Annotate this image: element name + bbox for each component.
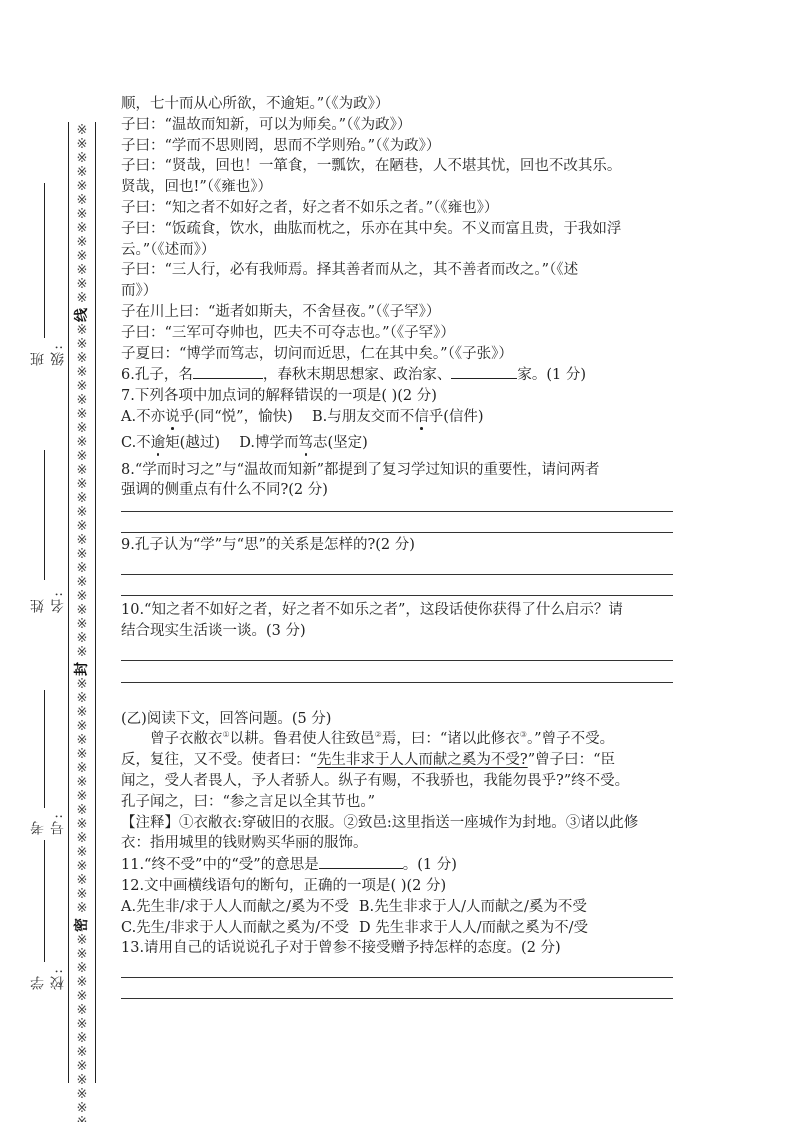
- seal-mark-icon: ※: [77, 934, 88, 948]
- passage-text: ”曾子曰：“臣: [528, 752, 615, 768]
- q12-option-b[interactable]: B.先生非求于人/人而献之/奚为不受: [359, 899, 587, 915]
- question-8-line-1: 8.“学而时习之”与“温故而知新”都提到了复习学过知识的重要性，请问两者: [121, 460, 681, 481]
- seal-mark-icon: ※: [77, 352, 88, 366]
- question-6: 6.孔子，名，春秋末期思想家、政治家、家。(1 分): [121, 364, 681, 386]
- q6-text-3: 家。(1 分): [517, 367, 586, 383]
- seal-mark-icon: ※: [77, 422, 88, 436]
- class-label: 班级:: [28, 343, 50, 366]
- seal-mark-icon: ※: [77, 520, 88, 534]
- seal-mark-icon: ※: [77, 222, 88, 236]
- q11-text: 11.“终不受”中的“受”的意思是: [121, 857, 319, 873]
- question-12-options-cd: C.先生/非求于人人而献之奚为/不受D 先生非求于人人/而献之奚为不/受: [121, 918, 681, 939]
- q6-text-2: ，春秋末期思想家、政治家、: [263, 367, 452, 383]
- seal-char-secret: 密: [73, 918, 91, 932]
- passage-line-4: 孔子闻之，曰：“参之言足以全其节也。”: [121, 792, 681, 813]
- passage-text: 。”曾子不受。: [527, 731, 614, 747]
- q11-score: 。(1 分): [403, 857, 457, 873]
- seal-mark-icon: ※: [77, 888, 88, 902]
- seal-mark-icon: ※: [77, 902, 88, 916]
- seal-line-column: ※※※※※※※※※※※※※线※※※※※※※※※※※※※※※※※※※※※※※※封※…: [68, 122, 96, 1083]
- q8-answer-line-2[interactable]: [121, 532, 673, 533]
- exam-number-label: 考号:: [28, 812, 50, 835]
- analects-line: 子曰：“贤哉，回也！一箪食，一瓢饮，在陋巷，人不堪其忧，回也不改其乐。: [121, 156, 681, 177]
- seal-mark-icon: ※: [77, 338, 88, 352]
- analects-line: 子在川上曰：“逝者如斯夫，不舍昼夜。”（《子罕》）: [121, 302, 681, 323]
- seal-mark-icon: ※: [77, 804, 88, 818]
- name-label: 姓名:: [28, 590, 50, 613]
- seal-mark-icon: ※: [77, 166, 88, 180]
- seal-mark-icon: ※: [77, 194, 88, 208]
- exam-number-fill-line[interactable]: [44, 690, 45, 808]
- seal-marks: ※※※※※※※※※※※※※线※※※※※※※※※※※※※※※※※※※※※※※※封※…: [69, 124, 95, 1122]
- seal-mark-icon: ※: [77, 1060, 88, 1074]
- seal-mark-icon: ※: [77, 1074, 88, 1088]
- passage-text: 曾子衣敝衣: [150, 731, 223, 747]
- seal-mark-icon: ※: [77, 618, 88, 632]
- name-fill-line[interactable]: [44, 450, 45, 580]
- seal-mark-icon: ※: [77, 1004, 88, 1018]
- seal-mark-icon: ※: [77, 180, 88, 194]
- q7b-post: 乎(信件): [429, 409, 484, 425]
- seal-mark-icon: ※: [77, 208, 88, 222]
- exam-content: 顺，七十而从心所欲，不逾矩。”（《为政》） 子曰：“温故而知新，可以为师矣。”（…: [121, 94, 681, 999]
- q12-option-a[interactable]: A.先生非/求于人人而献之/奚为不受: [121, 899, 349, 915]
- seal-mark-icon: ※: [77, 264, 88, 278]
- seal-mark-icon: ※: [77, 492, 88, 506]
- question-10-line-2: 结合现实生活谈一谈。(3 分): [121, 621, 681, 642]
- seal-mark-icon: ※: [77, 548, 88, 562]
- seal-mark-icon: ※: [77, 124, 88, 138]
- q12-option-d[interactable]: D 先生非求于人人/而献之奚为不/受: [359, 920, 588, 936]
- q7-option-d[interactable]: D.博学而笃志(坚定): [239, 435, 368, 451]
- seal-mark-icon: ※: [77, 278, 88, 292]
- seal-mark-icon: ※: [77, 632, 88, 646]
- analects-line: 而》）: [121, 281, 681, 302]
- analects-line: 云。”（《述而》）: [121, 240, 681, 261]
- seal-mark-icon: ※: [77, 324, 88, 338]
- question-10-line-1: 10.“知之者不如好之者，好之者不如乐之者”，这段话使你获得了什么启示？请: [121, 600, 681, 621]
- q11-blank[interactable]: [319, 854, 403, 869]
- seal-mark-icon: ※: [77, 464, 88, 478]
- seal-mark-icon: ※: [77, 762, 88, 776]
- seal-mark-icon: ※: [77, 604, 88, 618]
- seal-mark-icon: ※: [77, 366, 88, 380]
- question-8-line-2: 强调的侧重点有什么不同?(2 分): [121, 480, 681, 501]
- q7-option-c[interactable]: C.不逾矩(越过): [121, 435, 220, 451]
- exam-page: 班级: 姓名: 考号: 学校: ※※※※※※※※※※※※※线※※※※※※※※※※…: [0, 0, 793, 1122]
- q7d-post: 志(坚定): [313, 435, 368, 451]
- q9-answer-line-2[interactable]: [121, 595, 673, 596]
- q7d-dotted-word: 笃: [298, 435, 313, 451]
- seal-mark-icon: ※: [77, 948, 88, 962]
- seal-mark-icon: ※: [77, 1018, 88, 1032]
- q7a-dotted-word: 说: [165, 409, 180, 425]
- q7-option-a[interactable]: A.不亦说乎(同“悦”，愉快): [121, 409, 293, 425]
- seal-mark-icon: ※: [77, 250, 88, 264]
- seal-mark-icon: ※: [77, 706, 88, 720]
- q7-option-b[interactable]: B.与朋友交而不信乎(信件): [312, 409, 484, 425]
- seal-mark-icon: ※: [77, 478, 88, 492]
- analects-line: 子曰：“三人行，必有我师焉。择其善者而从之，其不善者而改之。”（《述: [121, 260, 681, 281]
- passage-line-1: 曾子衣敝衣①以耕。鲁君使人往致邑②焉，曰：“诸以此修衣③。”曾子不受。: [121, 729, 681, 750]
- analects-line: 子曰：“温故而知新，可以为师矣。”（《为政》）: [121, 115, 681, 136]
- seal-mark-icon: ※: [77, 1088, 88, 1102]
- question-7-options-ab: A.不亦说乎(同“悦”，愉快) B.与朋友交而不信乎(信件): [121, 407, 681, 428]
- seal-mark-icon: ※: [77, 818, 88, 832]
- q6-blank-name[interactable]: [193, 364, 263, 379]
- q13-answer-line-2[interactable]: [121, 998, 673, 999]
- class-fill-line[interactable]: [44, 183, 45, 338]
- question-9: 9.孔子认为“学”与“思”的关系是怎样的?(2 分): [121, 535, 681, 556]
- note-marker-3: ③: [520, 731, 527, 740]
- seal-mark-icon: ※: [77, 562, 88, 576]
- q7a-pre: A.不亦: [121, 409, 165, 425]
- section-yi-title: (乙)阅读下文，回答问题。(5 分): [121, 709, 681, 730]
- analects-line: 子夏曰：“博学而笃志，切问而近思，仁在其中矣。”（《子张》）: [121, 344, 681, 365]
- analects-line: 子曰：“知之者不如好之者，好之者不如乐之者。”（《雍也》）: [121, 198, 681, 219]
- analects-line: 顺，七十而从心所欲，不逾矩。”（《为政》）: [121, 94, 681, 115]
- q7b-dotted-word: 信: [414, 409, 429, 425]
- analects-line: 子曰：“三军可夺帅也，匹夫不可夺志也。”（《子罕》）: [121, 323, 681, 344]
- q7c-post: 矩(越过): [165, 435, 220, 451]
- q7d-pre: D.博学而: [239, 435, 298, 451]
- seal-mark-icon: ※: [77, 380, 88, 394]
- seal-mark-icon: ※: [77, 138, 88, 152]
- seal-mark-icon: ※: [77, 1046, 88, 1060]
- question-12-options-ab: A.先生非/求于人人而献之/奚为不受B.先生非求于人/人而献之/奚为不受: [121, 897, 681, 918]
- seal-mark-icon: ※: [77, 236, 88, 250]
- seal-mark-icon: ※: [77, 408, 88, 422]
- seal-mark-icon: ※: [77, 720, 88, 734]
- analects-line: 贤哉，回也!”（《雍也》）: [121, 177, 681, 198]
- q7c-dotted-word: 逾: [151, 435, 166, 451]
- seal-mark-icon: ※: [77, 152, 88, 166]
- analects-line: 子曰：“学而不思则罔，思而不学则殆。”（《为政》）: [121, 136, 681, 157]
- seal-mark-icon: ※: [77, 590, 88, 604]
- seal-mark-icon: ※: [77, 846, 88, 860]
- question-7-stem: 7.下列各项中加点词的解释错误的一项是( )(2 分): [121, 386, 681, 407]
- question-7-options-cd: C.不逾矩(越过) D.博学而笃志(坚定): [121, 433, 681, 454]
- seal-mark-icon: ※: [77, 292, 88, 306]
- seal-mark-icon: ※: [77, 776, 88, 790]
- question-11: 11.“终不受”中的“受”的意思是。(1 分): [121, 854, 681, 876]
- seal-mark-icon: ※: [77, 976, 88, 990]
- annotation-line-2: 衣：指用城里的钱财购买华丽的服饰。: [121, 833, 681, 854]
- seal-mark-icon: ※: [77, 394, 88, 408]
- seal-mark-icon: ※: [77, 1032, 88, 1046]
- note-marker-1: ①: [223, 731, 230, 740]
- q6-text-1: 6.孔子，名: [121, 367, 193, 383]
- passage-line-3: 闻之，受人者畏人，予人者骄人。纵子有赐，不我骄也，我能勿畏乎?”终不受。: [121, 771, 681, 792]
- q6-blank-role[interactable]: [451, 364, 517, 379]
- q7a-post: 乎(同“悦”，愉快): [180, 409, 293, 425]
- question-12-stem: 12.文中画横线语句的断句，正确的一项是( )(2 分): [121, 876, 681, 897]
- passage-text: 反，复往，又不受。使者曰：“: [121, 752, 317, 768]
- seal-mark-icon: ※: [77, 990, 88, 1004]
- seal-mark-icon: ※: [77, 874, 88, 888]
- seal-mark-icon: ※: [77, 1102, 88, 1116]
- annotation-line-1: 【注释】①衣敝衣:穿破旧的衣服。②致邑:这里指送一座城作为封地。③诸以此修: [121, 813, 681, 834]
- seal-char-seal: 封: [73, 662, 91, 676]
- passage-line-2: 反，复往，又不受。使者曰：“先生非求于人人而献之奚为不受?”曾子曰：“臣: [121, 750, 681, 771]
- school-label: 学校:: [28, 967, 50, 990]
- school-fill-line[interactable]: [44, 840, 45, 962]
- seal-mark-icon: ※: [77, 860, 88, 874]
- seal-mark-icon: ※: [77, 678, 88, 692]
- seal-mark-icon: ※: [77, 1116, 88, 1122]
- seal-mark-icon: ※: [77, 506, 88, 520]
- seal-mark-icon: ※: [77, 576, 88, 590]
- seal-mark-icon: ※: [77, 734, 88, 748]
- q12-option-c[interactable]: C.先生/非求于人人而献之奚为/不受: [121, 920, 349, 936]
- q7c-pre: C.不: [121, 435, 151, 451]
- seal-mark-icon: ※: [77, 436, 88, 450]
- question-13: 13.请用自己的话说说孔子对于曾参不接受赠予持怎样的态度。(2 分): [121, 938, 681, 959]
- seal-mark-icon: ※: [77, 450, 88, 464]
- seal-mark-icon: ※: [77, 534, 88, 548]
- passage-text: 以耕。鲁君使人往致邑: [230, 731, 375, 747]
- underlined-sentence: 先生非求于人人而献之奚为不受?: [317, 752, 528, 768]
- seal-mark-icon: ※: [77, 692, 88, 706]
- analects-passages: 顺，七十而从心所欲，不逾矩。”（《为政》） 子曰：“温故而知新，可以为师矣。”（…: [121, 94, 681, 364]
- passage-text: 焉，曰：“诸以此修衣: [382, 731, 520, 747]
- seal-mark-icon: ※: [77, 962, 88, 976]
- analects-line: 子曰：“饭疏食，饮水，曲肱而枕之，乐亦在其中矣。不义而富且贵，于我如浮: [121, 219, 681, 240]
- seal-mark-icon: ※: [77, 790, 88, 804]
- q7b-pre: B.与朋友交而不: [312, 409, 414, 425]
- seal-mark-icon: ※: [77, 646, 88, 660]
- seal-mark-icon: ※: [77, 748, 88, 762]
- seal-mark-icon: ※: [77, 832, 88, 846]
- seal-char-line: 线: [73, 308, 91, 322]
- note-marker-2: ②: [375, 731, 382, 740]
